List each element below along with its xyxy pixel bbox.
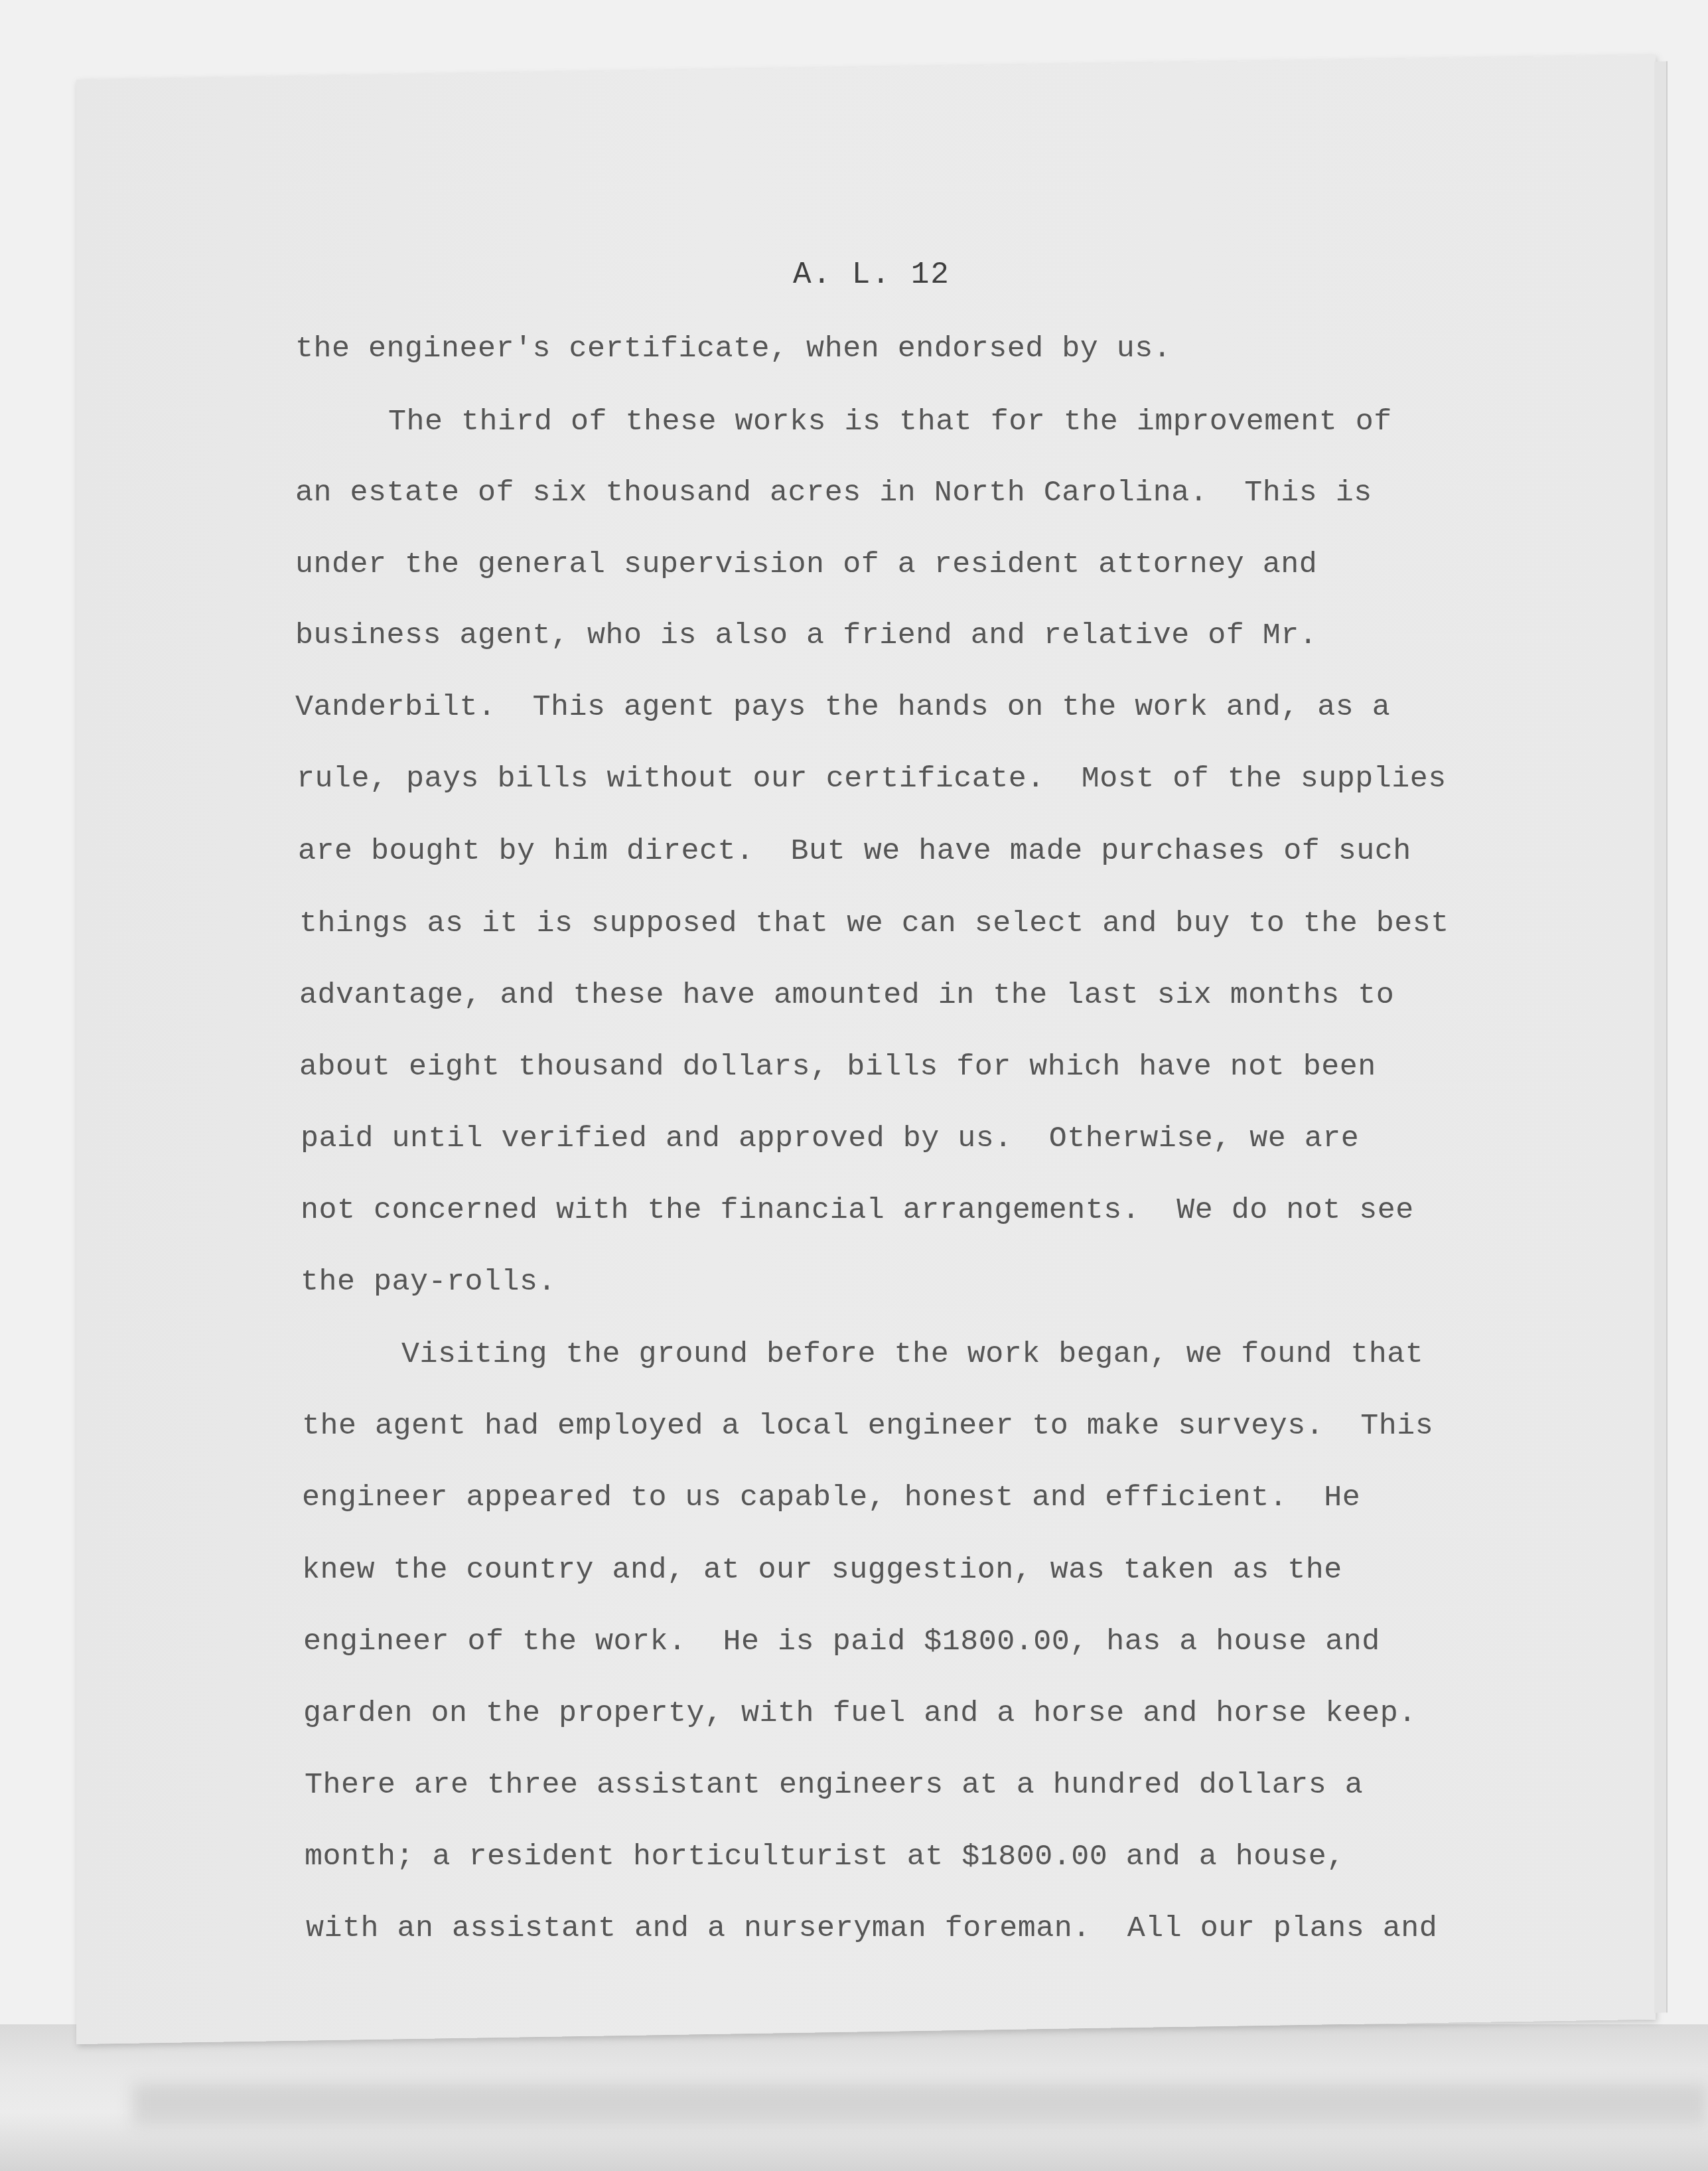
text-line: with an assistant and a nurseryman forem… [306,1911,1437,1945]
page-number-header: A. L. 12 [793,258,950,292]
text-line: The third of these works is that for the… [388,405,1392,439]
text-line: engineer appeared to us capable, honest … [302,1481,1360,1515]
text-line: under the general supervision of a resid… [295,548,1317,581]
text-line: business agent, who is also a friend and… [295,619,1317,652]
text-line: the pay-rolls. [301,1265,556,1299]
text-line: month; a resident horticulturist at $180… [305,1840,1345,1874]
text-line: the engineer's certificate, when endorse… [295,332,1171,366]
text-line: engineer of the work. He is paid $1800.0… [303,1625,1380,1659]
text-line: rule, pays bills without our certificate… [297,762,1447,796]
text-line: Vanderbilt. This agent pays the hands on… [295,690,1390,724]
typewritten-page: A. L. 12 the engineer's certificate, whe… [76,80,1656,2044]
text-line: paid until verified and approved by us. … [301,1122,1359,1156]
text-line: There are three assistant engineers at a… [305,1768,1363,1802]
text-line: advantage, and these have amounted in th… [299,978,1394,1012]
text-line: knew the country and, at our suggestion,… [302,1553,1342,1587]
text-line: garden on the property, with fuel and a … [303,1696,1417,1730]
text-line: are bought by him direct. But we have ma… [298,834,1411,868]
text-line: Visiting the ground before the work bega… [401,1337,1423,1371]
text-line: an estate of six thousand acres in North… [295,476,1372,510]
text-line: things as it is supposed that we can sel… [299,907,1449,940]
paper-edge [1654,61,1668,2012]
page-shadow [133,2084,1708,2124]
text-line: about eight thousand dollars, bills for … [299,1050,1376,1084]
text-line: the agent had employed a local engineer … [302,1409,1433,1443]
text-line: not concerned with the financial arrange… [301,1193,1414,1227]
